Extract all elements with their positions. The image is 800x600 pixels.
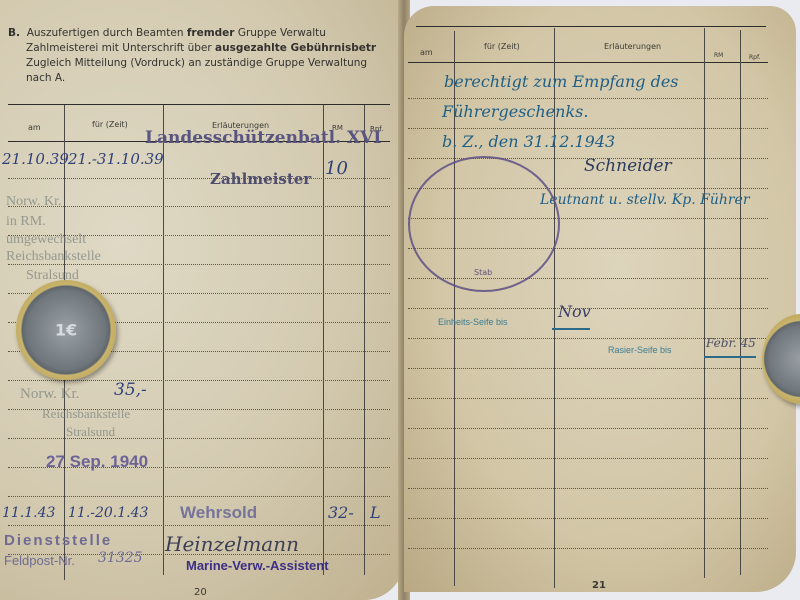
col-header-rpf: Rpf.: [749, 54, 761, 61]
unit-stamp: Landesschützenbatl. XVI: [145, 128, 381, 148]
row-line: [408, 398, 768, 399]
column-divider: [740, 30, 741, 575]
column-divider: [163, 105, 164, 575]
section-label: B.: [8, 27, 20, 39]
signature: Heinzelmann: [165, 532, 299, 556]
row-line: [408, 488, 768, 489]
column-divider: [704, 28, 705, 578]
officer-signature: Schneider: [584, 156, 672, 176]
row-line: [8, 206, 390, 207]
exchange-stamp-line: Reichsbankstelle: [6, 249, 101, 265]
row-line: [408, 458, 768, 459]
right-page: am für (Zeit) Erläuterungen RM Rpf. bere…: [404, 6, 796, 592]
col-header-erlaeuterungen: Erläuterungen: [604, 42, 661, 51]
soap-stamp-1: Einheits-Seife bis: [438, 317, 508, 327]
round-unit-stamp: Stab: [408, 156, 560, 292]
round-stamp-text: Stab: [474, 268, 492, 277]
row-line: [408, 548, 768, 549]
wehrsold-stamp: Wehrsold: [180, 503, 257, 523]
instruction-block: B. Auszufertigen durch Beamten fremder G…: [8, 26, 398, 86]
col-header-fuer-zeit: für (Zeit): [484, 42, 520, 51]
row-line: [408, 518, 768, 519]
entry-period: 21.-31.10.39: [68, 150, 164, 168]
coin-face: 1€: [55, 321, 77, 340]
exchange-stamp-line: Norw. Kr.: [6, 194, 61, 210]
page-number: 21: [592, 580, 606, 591]
table-top-rule: [8, 104, 390, 105]
handwritten-line-1: berechtigt zum Empfang des: [444, 72, 679, 91]
exchange-stamp-line: in RM.: [6, 214, 46, 230]
col-header-rm: RM: [714, 52, 723, 59]
entry-date: 11.1.43: [2, 505, 55, 521]
instruction-text: Zugleich Mitteilung (Vordruck) an zustän…: [8, 56, 398, 71]
paymaster-stamp: Zahlmeister: [210, 170, 311, 188]
col-header-am: am: [28, 123, 41, 132]
col-header-am: am: [420, 48, 433, 57]
left-page: B. Auszufertigen durch Beamten fremder G…: [0, 0, 404, 600]
instruction-text: Gruppe Verwaltu: [234, 27, 325, 39]
soap-1-value: Nov: [558, 302, 591, 321]
instruction-text: Auszufertigen durch Beamten: [27, 27, 187, 39]
table-top-rule: [416, 26, 766, 27]
soap-1-underline: [552, 328, 590, 330]
norw-kr-stamp: Norw. Kr.: [20, 386, 79, 403]
entry-period: 11.-20.1.43: [68, 505, 148, 521]
feldpost-number: 31325: [98, 550, 143, 566]
page-number: 20: [194, 587, 207, 598]
soap-stamp-2: Rasier-Seife bis: [608, 345, 672, 355]
column-divider: [364, 105, 365, 575]
row-line: [8, 380, 390, 381]
handwritten-amount: 35,-: [114, 380, 147, 400]
instruction-text: nach A.: [8, 71, 398, 86]
row-line: [408, 98, 768, 99]
instruction-bold: fremder: [187, 27, 235, 39]
soap-2-underline: [704, 356, 756, 358]
date-stamp: 27 Sep. 1940: [46, 452, 148, 472]
column-divider: [323, 105, 324, 575]
row-line: [408, 368, 768, 369]
row-line: [408, 428, 768, 429]
handwritten-line-2: Führergeschenks.: [442, 102, 588, 121]
row-line: [8, 525, 390, 526]
instruction-text: Zahlmeisterei mit Unterschrift über: [26, 42, 215, 54]
euro-coin: 1€: [16, 280, 116, 380]
entry-amount-rm: 32-: [328, 503, 354, 522]
officer-title: Leutnant u. stellv. Kp. Führer: [540, 192, 750, 208]
feldpost-label: Feldpost-Nr.: [4, 553, 75, 568]
exchange-stamp-line: umgewechselt: [6, 232, 86, 248]
entry-amount-rpf: L: [370, 503, 381, 522]
row-line: [8, 496, 390, 497]
city-stamp: Stralsund: [66, 424, 115, 440]
header-rule: [408, 62, 768, 63]
entry-amount-rm: 10: [325, 158, 348, 179]
col-header-fuer-zeit: für (Zeit): [92, 120, 128, 129]
soap-2-value: Febr. 45: [706, 336, 756, 350]
entry-date: 21.10.39: [2, 150, 69, 168]
rank-stamp: Marine-Verw.-Assistent: [186, 558, 329, 573]
bank-stamp: Reichsbankstelle: [42, 406, 130, 422]
dienststelle-stamp: Dienststelle: [4, 532, 112, 549]
handwritten-line-3: b. Z., den 31.12.1943: [442, 132, 615, 151]
instruction-bold: ausgezahlte Gebührnisbetr: [215, 42, 376, 54]
row-line: [408, 128, 768, 129]
